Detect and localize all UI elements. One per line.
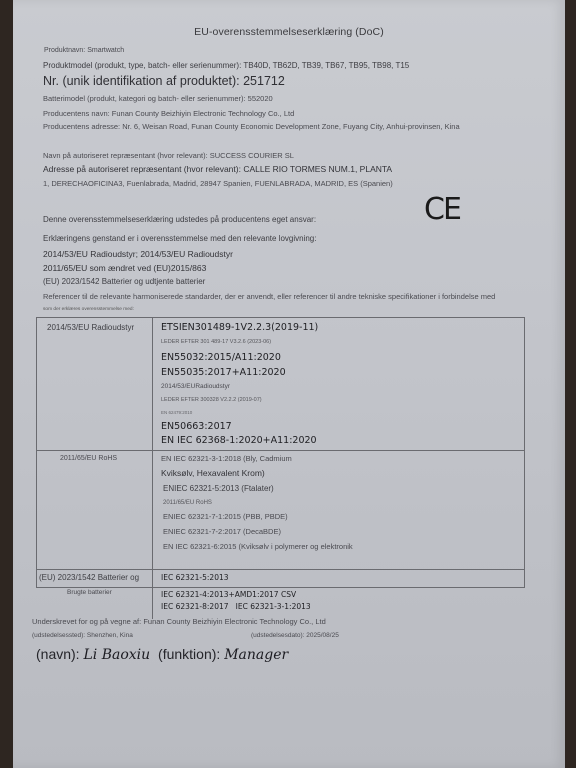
legislation-intro: Erklæringens genstand er i overensstemme… (43, 234, 316, 243)
unique-id: Nr. (unik identifikation af produktet): … (43, 74, 285, 88)
manufacturer-address: Producentens adresse: Nr. 6, Weisan Road… (43, 122, 460, 131)
standard-item: ENIEC 62321-7-1:2015 (PBB, PBDE) (163, 512, 288, 521)
legislation-item: 2011/65/EU som ændret ved (EU)2015/863 (43, 263, 206, 273)
product-name: Produktnavn: Smartwatch (44, 47, 124, 54)
standard-item: EN 62479:2010 (161, 410, 192, 415)
table-row: 2011/65/EU RoHS EN IEC 62321-3-1:2018 (B… (37, 450, 524, 570)
legislation-item: 2014/53/EU Radioudstyr; 2014/53/EU Radio… (43, 249, 233, 259)
standard-item: EN55032:2015/A11:2020 (161, 352, 281, 363)
directive-cell: 2011/65/EU RoHS (37, 450, 153, 569)
standard-item: LEDER EFTER 301 489-17 V3.2.6 (2023-06) (161, 339, 271, 345)
rep-address-line-2: 1, DERECHAOFICINA3, Fuenlabrada, Madrid,… (43, 179, 393, 188)
standard-item: 2014/53/EURadioudstyr (161, 383, 230, 390)
issue-place: (udstedelsessted): Shenzhen, Kina (32, 632, 133, 639)
battery-model: Batterimodel (produkt, kategori og batch… (43, 94, 273, 103)
responsibility-statement: Denne overensstemmelseserklæring udstede… (43, 215, 316, 224)
standards-table: 2014/53/EU Radioudstyr ETSIEN301489-1V2.… (36, 317, 525, 588)
issue-date: (udstedelsesdato): 2025/08/25 (251, 632, 339, 639)
standard-item: EN IEC 62368-1:2020+A11:2020 (161, 435, 317, 446)
standard-item: EN50663:2017 (161, 421, 232, 432)
standard-item: LEDER EFTER 300328 V2.2.2 (2019-07) (161, 397, 262, 403)
standard-item: 2011/65/EU RoHS (163, 500, 212, 506)
directive-label: (EU) 2023/1542 Batterier og (39, 573, 139, 582)
document-page: EU-overensstemmelseserklæring (DoC) Prod… (13, 0, 565, 768)
name-label: (navn): (36, 646, 80, 662)
standards-intro: Referencer til de relevante harmonisered… (43, 292, 495, 301)
standards-cell: EN IEC 62321-3-1:2018 (Bly, Cadmium Kvik… (153, 450, 524, 569)
signed-for: Underskrevet for og på vegne af: Funan C… (32, 617, 326, 626)
standard-item: ENIEC 62321-5:2013 (Ftalater) (163, 484, 274, 493)
standard-item: EN55035:2017+A11:2020 (161, 367, 286, 378)
standard-item: EN IEC 62321-3-1:2018 (Bly, Cadmium (161, 454, 292, 463)
standard-item: IEC 62321-4:2013+AMD1:2017 CSV (161, 590, 296, 599)
directive-cell: 2014/53/EU Radioudstyr (37, 318, 153, 450)
rep-address-line-1: Adresse på autoriseret repræsentant (hvo… (43, 164, 392, 174)
name-value: Li Baoxiu (83, 647, 150, 663)
function-label: (funktion): (158, 646, 220, 662)
directive-label: 2014/53/EU Radioudstyr (47, 323, 134, 332)
rep-name: Navn på autoriseret repræsentant (hvor r… (43, 151, 294, 160)
directive-cell: (EU) 2023/1542 Batterier og Brugte batte… (37, 569, 153, 619)
standards-cell: ETSIEN301489-1V2.2.3(2019-11) LEDER EFTE… (153, 318, 524, 450)
standard-item: ETSIEN301489-1V2.2.3(2019-11) (161, 322, 318, 333)
standard-item: ENIEC 62321-7-2:2017 (DecaBDE) (163, 527, 281, 536)
legislation-item: (EU) 2023/1542 Batterier og udtjente bat… (43, 277, 205, 286)
ce-mark-icon: CE (424, 192, 460, 227)
function-value: Manager (224, 647, 288, 663)
table-row: 2014/53/EU Radioudstyr ETSIEN301489-1V2.… (37, 318, 524, 451)
standards-intro-continued: som der erklæres overensstemmelse med: (43, 307, 134, 312)
signature-line: (navn): Li Baoxiu (funktion): Manager (36, 646, 288, 663)
manufacturer-name: Producentens navn: Funan County Beizhiyi… (43, 109, 294, 118)
table-row: (EU) 2023/1542 Batterier og Brugte batte… (37, 569, 524, 619)
directive-label-continued: Brugte batterier (67, 589, 112, 596)
product-model: Produktmodel (produkt, type, batch- elle… (43, 61, 409, 70)
standard-item: EN IEC 62321-6:2015 (Kviksølv i polymere… (163, 542, 353, 551)
standards-cell: IEC 62321-5:2013 IEC 62321-4:2013+AMD1:2… (153, 569, 524, 619)
standard-item: IEC 62321-8:2017 IEC 62321-3-1:2013 (161, 602, 311, 611)
document-title: EU-overensstemmelseserklæring (DoC) (13, 26, 565, 38)
directive-label: 2011/65/EU RoHS (60, 455, 117, 462)
standard-item: IEC 62321-5:2013 (161, 573, 229, 582)
standard-item: Kviksølv, Hexavalent Krom) (161, 468, 265, 478)
